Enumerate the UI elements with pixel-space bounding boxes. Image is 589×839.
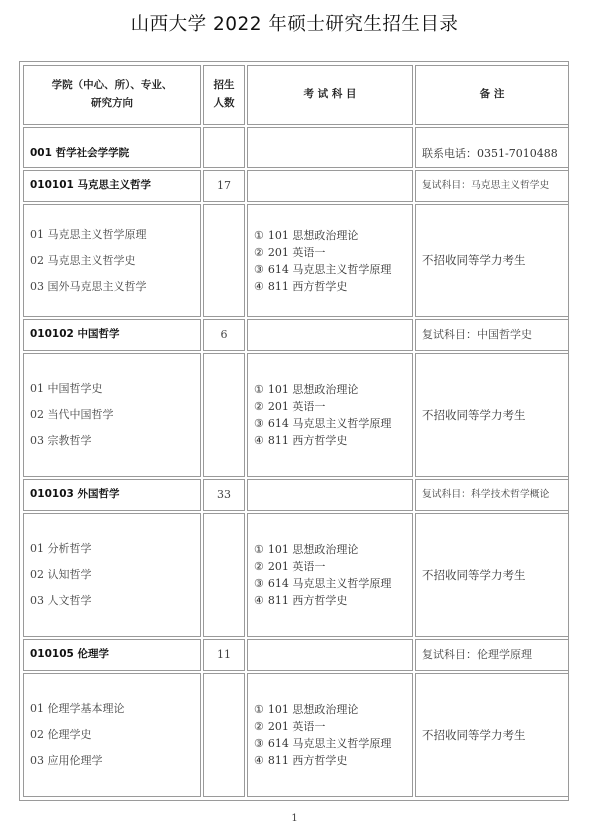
- header-count-line1: 招生: [214, 79, 235, 91]
- detail-count-empty: [203, 513, 245, 637]
- direction-item: 01 伦理学基本理论: [30, 696, 194, 722]
- catalog-table: 学院（中心、所）、专业、 研究方向 招生 人数 考 试 科 目 备 注 001 …: [21, 63, 571, 799]
- major-count: 33: [203, 479, 245, 511]
- direction-item: 03 国外马克思主义哲学: [30, 274, 194, 300]
- major-remark: 不招收同等学力考生: [415, 353, 569, 477]
- direction-item: 03 宗教哲学: [30, 428, 194, 454]
- header-count-line2: 人数: [214, 97, 235, 109]
- exam-item: ①101 思想政治理论: [254, 381, 406, 398]
- major-count: 11: [203, 639, 245, 671]
- major-exams-empty: [247, 170, 413, 202]
- exam-item: ③614 马克思主义哲学原理: [254, 575, 406, 592]
- direction-item: 02 马克思主义哲学史: [30, 248, 194, 274]
- detail-count-empty: [203, 353, 245, 477]
- major-name: 010102 中国哲学: [23, 319, 201, 351]
- research-directions: 01 马克思主义哲学原理 02 马克思主义哲学史 03 国外马克思主义哲学: [23, 204, 201, 317]
- major-row: 010102 中国哲学 6 复试科目：中国哲学史: [23, 319, 569, 351]
- detail-count-empty: [203, 673, 245, 797]
- exam-item: ①101 思想政治理论: [254, 541, 406, 558]
- major-row: 010101 马克思主义哲学 17 复试科目：马克思主义哲学史: [23, 170, 569, 202]
- exam-subjects: ①101 思想政治理论 ②201 英语一 ③614 马克思主义哲学原理 ④811…: [247, 204, 413, 317]
- exam-item: ②201 英语一: [254, 558, 406, 575]
- college-exams: [247, 127, 413, 168]
- college-contact-phone: 联系电话：0351-7010488: [415, 127, 569, 168]
- major-detail-row: 01 中国哲学史 02 当代中国哲学 03 宗教哲学 ①101 思想政治理论 ②…: [23, 353, 569, 477]
- exam-item: ④811 西方哲学史: [254, 592, 406, 609]
- college-name: 001 哲学社会学学院: [23, 127, 201, 168]
- header-exam-subjects: 考 试 科 目: [247, 65, 413, 125]
- major-exams-empty: [247, 639, 413, 671]
- header-enrollment-count: 招生 人数: [203, 65, 245, 125]
- direction-item: 03 应用伦理学: [30, 748, 194, 774]
- college-row: 001 哲学社会学学院 联系电话：0351-7010488: [23, 127, 569, 168]
- exam-item: ④811 西方哲学史: [254, 432, 406, 449]
- page-number: 1: [0, 813, 589, 824]
- major-detail-row: 01 伦理学基本理论 02 伦理学史 03 应用伦理学 ①101 思想政治理论 …: [23, 673, 569, 797]
- major-row: 010103 外国哲学 33 复试科目：科学技术哲学概论: [23, 479, 569, 511]
- exam-item: ③614 马克思主义哲学原理: [254, 261, 406, 278]
- major-exams-empty: [247, 319, 413, 351]
- header-remarks-label: 备 注: [480, 88, 505, 100]
- major-exams-empty: [247, 479, 413, 511]
- major-retest-subject: 复试科目：中国哲学史: [415, 319, 569, 351]
- major-remark: 不招收同等学力考生: [415, 204, 569, 317]
- header-college-major: 学院（中心、所）、专业、 研究方向: [23, 65, 201, 125]
- major-retest-subject: 复试科目：伦理学原理: [415, 639, 569, 671]
- exam-item: ④811 西方哲学史: [254, 278, 406, 295]
- direction-item: 02 当代中国哲学: [30, 402, 194, 428]
- exam-item: ②201 英语一: [254, 244, 406, 261]
- college-count: [203, 127, 245, 168]
- exam-item: ②201 英语一: [254, 398, 406, 415]
- major-remark: 不招收同等学力考生: [415, 673, 569, 797]
- exam-item: ②201 英语一: [254, 718, 406, 735]
- major-name: 010101 马克思主义哲学: [23, 170, 201, 202]
- exam-item: ①101 思想政治理论: [254, 227, 406, 244]
- exam-subjects: ①101 思想政治理论 ②201 英语一 ③614 马克思主义哲学原理 ④811…: [247, 673, 413, 797]
- header-college-major-line1: 学院（中心、所）、专业、: [52, 79, 173, 91]
- major-remark: 不招收同等学力考生: [415, 513, 569, 637]
- major-name: 010103 外国哲学: [23, 479, 201, 511]
- research-directions: 01 中国哲学史 02 当代中国哲学 03 宗教哲学: [23, 353, 201, 477]
- exam-item: ①101 思想政治理论: [254, 701, 406, 718]
- header-college-major-line2: 研究方向: [91, 97, 133, 109]
- exam-subjects: ①101 思想政治理论 ②201 英语一 ③614 马克思主义哲学原理 ④811…: [247, 353, 413, 477]
- exam-item: ③614 马克思主义哲学原理: [254, 415, 406, 432]
- direction-item: 01 马克思主义哲学原理: [30, 222, 194, 248]
- major-count: 6: [203, 319, 245, 351]
- research-directions: 01 伦理学基本理论 02 伦理学史 03 应用伦理学: [23, 673, 201, 797]
- direction-item: 02 伦理学史: [30, 722, 194, 748]
- header-exam-subjects-label: 考 试 科 目: [304, 88, 357, 100]
- exam-subjects: ①101 思想政治理论 ②201 英语一 ③614 马克思主义哲学原理 ④811…: [247, 513, 413, 637]
- major-row: 010105 伦理学 11 复试科目：伦理学原理: [23, 639, 569, 671]
- major-retest-subject: 复试科目：马克思主义哲学史: [415, 170, 569, 202]
- direction-item: 03 人文哲学: [30, 588, 194, 614]
- major-detail-row: 01 分析哲学 02 认知哲学 03 人文哲学 ①101 思想政治理论 ②201…: [23, 513, 569, 637]
- direction-item: 02 认知哲学: [30, 562, 194, 588]
- direction-item: 01 中国哲学史: [30, 376, 194, 402]
- direction-item: 01 分析哲学: [30, 536, 194, 562]
- major-count: 17: [203, 170, 245, 202]
- research-directions: 01 分析哲学 02 认知哲学 03 人文哲学: [23, 513, 201, 637]
- enrollment-catalog-table: 学院（中心、所）、专业、 研究方向 招生 人数 考 试 科 目 备 注 001 …: [19, 61, 569, 801]
- major-name: 010105 伦理学: [23, 639, 201, 671]
- detail-count-empty: [203, 204, 245, 317]
- exam-item: ③614 马克思主义哲学原理: [254, 735, 406, 752]
- major-detail-row: 01 马克思主义哲学原理 02 马克思主义哲学史 03 国外马克思主义哲学 ①1…: [23, 204, 569, 317]
- exam-item: ④811 西方哲学史: [254, 752, 406, 769]
- table-header-row: 学院（中心、所）、专业、 研究方向 招生 人数 考 试 科 目 备 注: [23, 65, 569, 125]
- major-retest-subject: 复试科目：科学技术哲学概论: [415, 479, 569, 511]
- document-title: 山西大学 2022 年硕士研究生招生目录: [0, 10, 589, 36]
- header-remarks: 备 注: [415, 65, 569, 125]
